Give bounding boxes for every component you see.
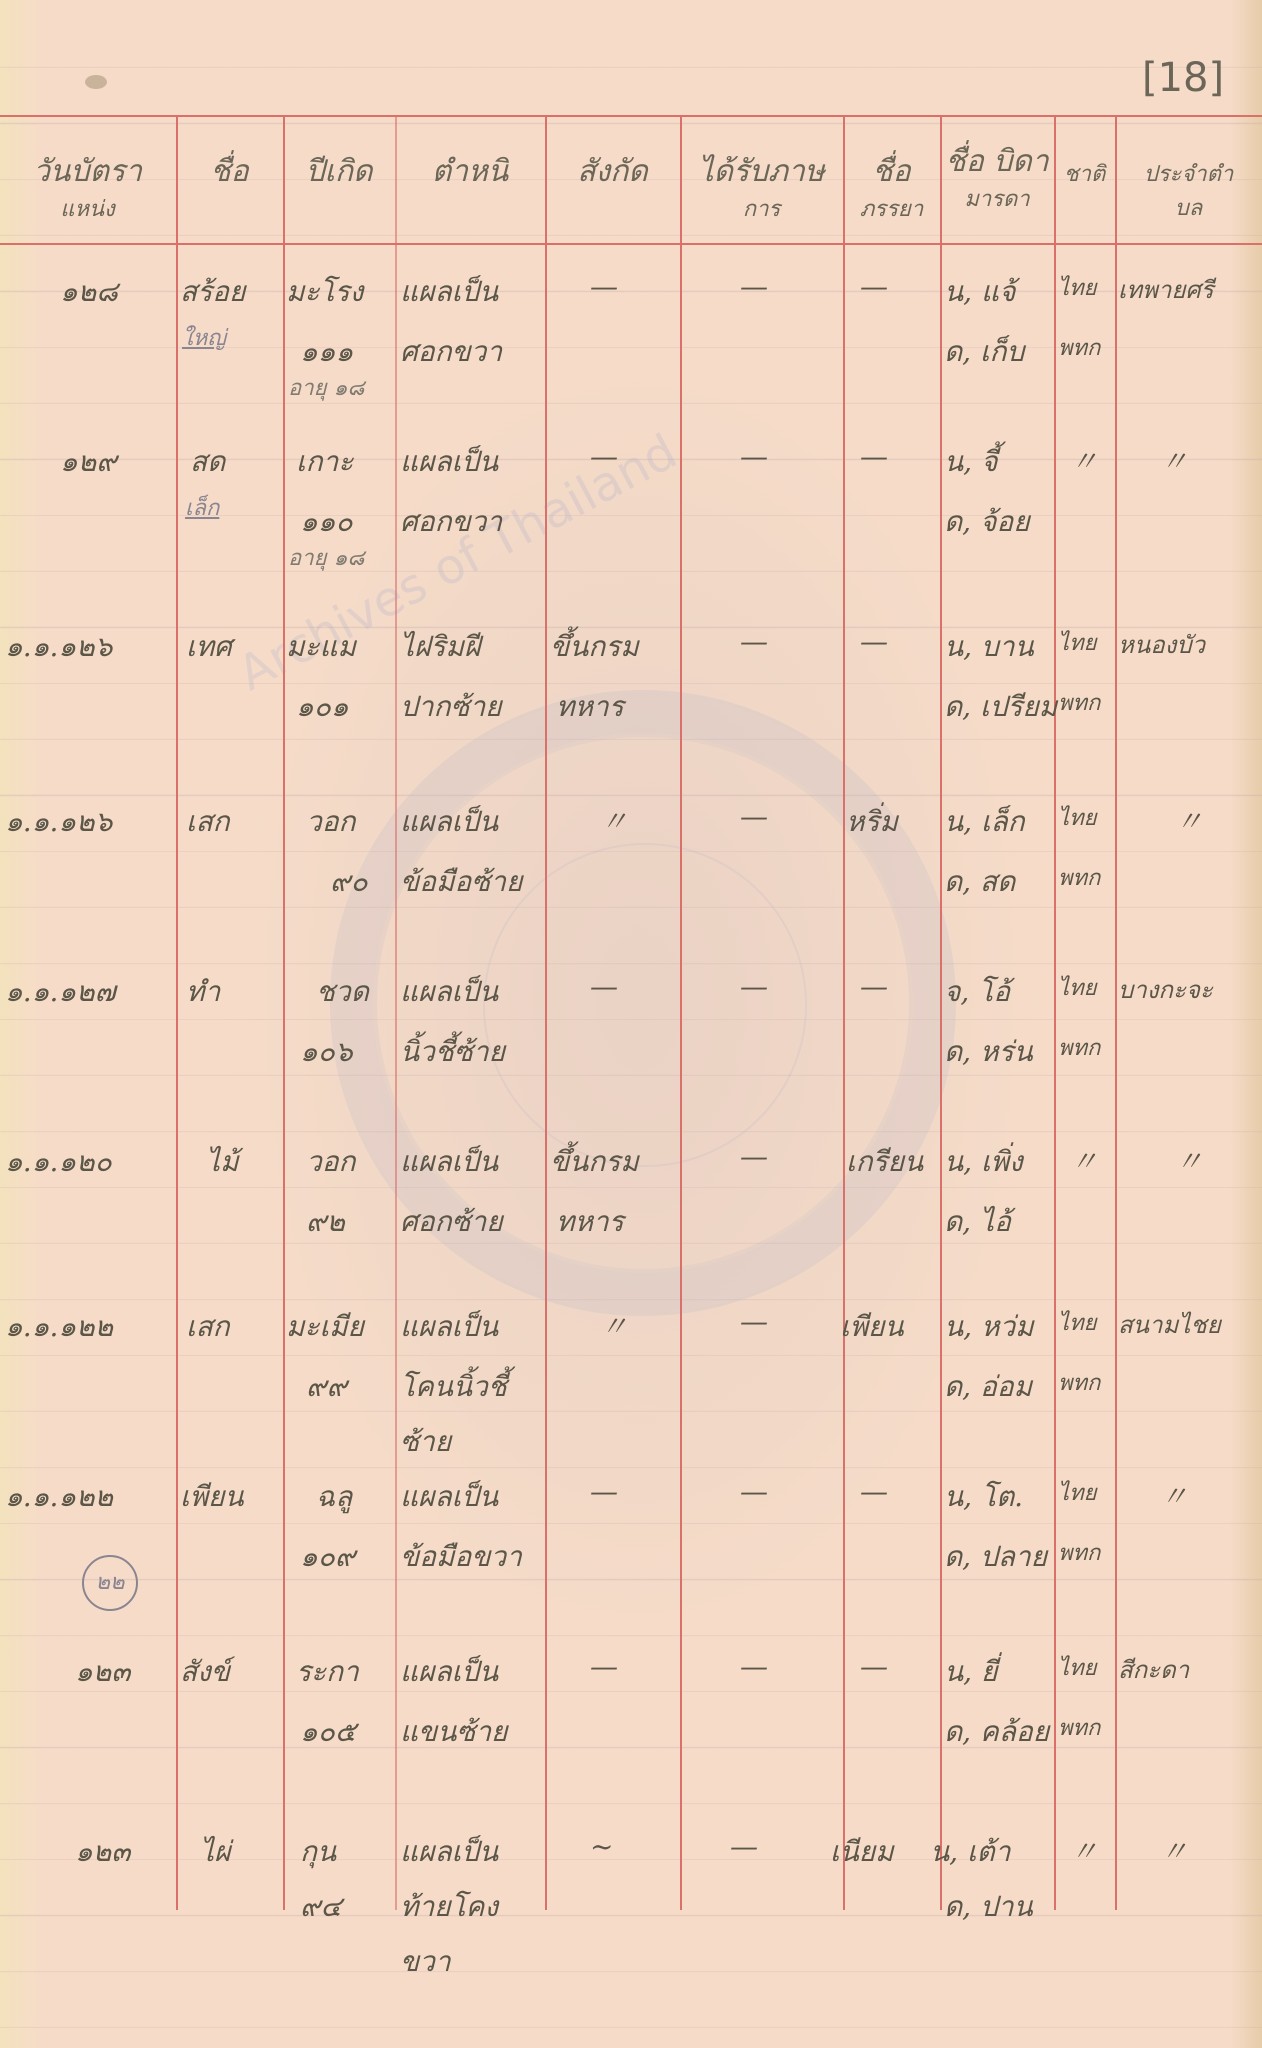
header-number: วันบัตราแหน่ง <box>5 155 170 222</box>
row-wife: — <box>860 440 888 473</box>
row-unit: ขึ้นกรม <box>550 625 639 669</box>
row-mark-location: ศอกขวา <box>400 330 502 374</box>
row-father: น, บาน <box>944 625 1034 669</box>
row-mark-location: โคนนิ้วชี้ <box>400 1365 507 1409</box>
row-mark: แผลเป็น <box>400 1650 498 1694</box>
header-nationality: ชาติ <box>1054 163 1115 187</box>
row-subdistrict: 〃 <box>1175 1140 1203 1180</box>
row-subdistrict: สนามไชย <box>1118 1305 1221 1344</box>
row-height: ๙๒ <box>306 1200 345 1244</box>
row-name-note: เล็ก <box>185 490 219 525</box>
row-unit-line2: ทหาร <box>556 1200 624 1244</box>
row-mother: ด, จ้อย <box>944 500 1030 544</box>
row-birth-year: ชวด <box>316 970 369 1014</box>
row-tax: — <box>740 1475 768 1508</box>
row-father: น, เล็ก <box>944 800 1025 844</box>
row-mark-location-line2: ขวา <box>400 1940 451 1984</box>
row-birth-year: เกาะ <box>296 440 353 484</box>
row-name: เพียน <box>180 1475 244 1519</box>
row-tax: — <box>740 1650 768 1683</box>
row-name: ไผ่ <box>200 1830 231 1874</box>
row-religion: พทก <box>1058 860 1100 895</box>
row-mark: แผลเป็น <box>400 440 498 484</box>
header-sublabel: แหน่ง <box>5 198 170 222</box>
row-birth-year: กุน <box>300 1830 336 1874</box>
column-divider <box>680 115 682 1910</box>
header-label: ตำหนิ <box>432 154 509 189</box>
row-wife: — <box>860 270 888 303</box>
row-nationality: ไทย <box>1058 1650 1096 1685</box>
row-religion: พทก <box>1058 1365 1100 1400</box>
row-mark-location: ศอกขวา <box>400 500 502 544</box>
row-wife: เพียน <box>840 1305 904 1349</box>
row-mark-location: ศอกซ้าย <box>400 1200 503 1244</box>
row-number: ๑๒๓ <box>75 1830 130 1874</box>
row-wife: — <box>860 625 888 658</box>
row-subdistrict: หนองบัว <box>1118 625 1205 664</box>
row-wife: — <box>860 1475 888 1508</box>
row-height: ๙๔ <box>300 1885 342 1929</box>
header-wife: ชื่อภรรยา <box>843 155 940 222</box>
row-mark: แผลเป็น <box>400 270 498 314</box>
row-mark: แผลเป็น <box>400 800 498 844</box>
row-mother: ด, ไอ้ <box>944 1200 1011 1244</box>
row-religion: พทก <box>1058 685 1100 720</box>
row-nationality: ไทย <box>1058 800 1096 835</box>
header-top-rule <box>0 115 1262 117</box>
row-father: น, หว่ม <box>944 1305 1034 1349</box>
column-divider <box>1115 115 1117 1910</box>
row-mark-location-line2: ซ้าย <box>400 1420 451 1464</box>
row-number: ๑๒๓ <box>75 1650 130 1694</box>
row-nationality: 〃 <box>1070 1830 1098 1870</box>
header-bottom-rule <box>0 243 1262 245</box>
row-mark-location: แขนซ้าย <box>400 1710 507 1754</box>
header-sublabel: บล <box>1115 197 1262 221</box>
row-unit: — <box>590 970 618 1003</box>
row-name: ทำ <box>186 970 220 1014</box>
header-subdistrict: ประจำตำบล <box>1115 163 1262 221</box>
header-label: ประจำตำ <box>1144 162 1233 187</box>
row-mark: แผลเป็น <box>400 1830 498 1874</box>
row-mother: ด, เก็บ <box>944 330 1024 374</box>
row-birth-year: ฉลู <box>316 1475 352 1519</box>
row-number: ๑๒๘ <box>60 270 118 314</box>
row-birth-year: มะโรง <box>286 270 363 314</box>
row-subdistrict: 〃 <box>1160 440 1188 480</box>
row-subdistrict: เทพายศรี <box>1118 270 1214 309</box>
row-nationality: 〃 <box>1070 1140 1098 1180</box>
row-father: น, แจ้ <box>944 270 1015 314</box>
row-religion: พทก <box>1058 330 1100 365</box>
row-height: ๙๐ <box>330 860 368 904</box>
row-number: ๑.๑.๑๒๒ <box>5 1305 113 1349</box>
row-name: ไม้ <box>206 1140 239 1184</box>
row-unit: — <box>590 1475 618 1508</box>
row-height: ๑๑๐ <box>300 500 353 544</box>
row-nationality: ไทย <box>1058 1305 1096 1340</box>
row-number: ๑.๑.๑๒๒ <box>5 1475 113 1519</box>
row-name-note: ใหญ่ <box>182 320 226 355</box>
row-mark-location: ปากซ้าย <box>400 685 502 729</box>
row-name: สังข์ <box>180 1650 230 1694</box>
row-unit: — <box>590 440 618 473</box>
row-mark: แผลเป็น <box>400 1475 498 1519</box>
row-name: เสก <box>186 800 230 844</box>
row-birth-year: วอก <box>306 800 356 844</box>
row-number: ๑๒๙ <box>60 440 117 484</box>
row-father: น, โต. <box>944 1475 1023 1519</box>
paper-stain <box>85 75 107 89</box>
row-nationality: ไทย <box>1058 270 1096 305</box>
row-mother: ด, สด <box>944 860 1015 904</box>
row-nationality: ไทย <box>1058 625 1096 660</box>
row-wife: หริ่ม <box>846 800 898 844</box>
row-mother: ด, ปลาย <box>944 1535 1047 1579</box>
row-tax: — <box>730 1830 758 1863</box>
row-unit: 〃 <box>600 800 628 840</box>
column-divider <box>545 115 547 1910</box>
row-mother: ด, ปาน <box>944 1885 1033 1929</box>
row-mark-location: ข้อมือขวา <box>400 1535 522 1579</box>
column-divider <box>843 115 845 1910</box>
row-wife: เกรียน <box>846 1140 923 1184</box>
row-name: สร้อย <box>180 270 245 314</box>
row-subdistrict: บางกะจะ <box>1118 970 1213 1009</box>
header-label: สังกัด <box>577 154 648 189</box>
row-number: ๑.๑.๑๒๗ <box>5 970 116 1014</box>
row-height: ๑๑๑ <box>300 330 353 374</box>
row-wife: — <box>860 970 888 1003</box>
row-nationality: ไทย <box>1058 970 1096 1005</box>
row-father: น, ยี่ <box>944 1650 997 1694</box>
row-tax: — <box>740 1305 768 1338</box>
row-name: สด <box>190 440 225 484</box>
row-tax: — <box>740 970 768 1003</box>
circled-margin-note: ๒๒ <box>82 1555 138 1611</box>
row-father: น, เพิ่ง <box>944 1140 1023 1184</box>
header-sublabel: ภรรยา <box>843 198 940 222</box>
row-tax: — <box>740 1140 768 1173</box>
row-name: เสก <box>186 1305 230 1349</box>
row-unit: — <box>590 1650 618 1683</box>
header-label: ชาติ <box>1064 162 1106 187</box>
row-unit: — <box>590 270 618 303</box>
header-label: ชื่อ บิดา <box>945 144 1048 179</box>
row-subdistrict: สีกะดา <box>1118 1650 1189 1689</box>
row-father: น, จี้ <box>944 440 997 484</box>
row-nationality: ไทย <box>1058 1475 1096 1510</box>
row-birth-year: มะเมีย <box>286 1305 364 1349</box>
header-label: ชื่อ <box>872 154 910 189</box>
header-parents: ชื่อ บิดามารดา <box>940 145 1054 212</box>
row-height: ๑๐๙ <box>300 1535 355 1579</box>
header-label: ปีเกิด <box>306 154 373 189</box>
row-tax: — <box>740 440 768 473</box>
row-mark: ไฝริมฝี <box>400 625 480 669</box>
column-divider <box>940 115 942 1910</box>
row-unit: ~ <box>590 1830 613 1863</box>
row-mark-location: ข้อมือซ้าย <box>400 860 522 904</box>
row-subdistrict: 〃 <box>1160 1830 1188 1870</box>
header-label: ชื่อ <box>210 154 248 189</box>
column-divider <box>283 115 285 1910</box>
header-label: ได้รับภาษ <box>698 154 824 189</box>
row-tax: — <box>740 270 768 303</box>
column-divider <box>395 115 397 1910</box>
row-mark-location: ท้ายโคง <box>400 1885 498 1929</box>
header-sublabel: การ <box>680 198 843 222</box>
row-mark: แผลเป็น <box>400 1140 498 1184</box>
row-height: ๑๐๖ <box>300 1030 353 1074</box>
header-name: ชื่อ <box>176 155 283 188</box>
row-mother: ด, คล้อย <box>944 1710 1049 1754</box>
header-tax: ได้รับภาษการ <box>680 155 843 222</box>
row-nationality: 〃 <box>1070 440 1098 480</box>
row-religion: พทก <box>1058 1535 1100 1570</box>
row-subdistrict: 〃 <box>1175 800 1203 840</box>
row-height: ๙๙ <box>306 1365 347 1409</box>
seal-inner-ring <box>483 843 807 1167</box>
row-name: เทศ <box>186 625 232 669</box>
row-number: ๑.๑.๑๒๐ <box>5 1140 112 1184</box>
row-unit: ขึ้นกรม <box>550 1140 639 1184</box>
row-wife: เนียม <box>830 1830 894 1874</box>
row-mother: ด, เปรียม <box>944 685 1057 729</box>
row-birth-year: มะแม <box>286 625 356 669</box>
row-age-note: อายุ ๑๘ <box>288 540 364 575</box>
header-unit: สังกัด <box>545 155 680 188</box>
row-birth-year: ระกา <box>296 1650 359 1694</box>
row-age-note: อายุ ๑๘ <box>288 370 364 405</box>
page-number: [18] <box>1142 55 1224 101</box>
row-height: ๑๐๑ <box>296 685 349 729</box>
header-sublabel: มารดา <box>940 188 1054 212</box>
column-divider <box>1054 115 1056 1910</box>
row-unit-line2: ทหาร <box>556 685 624 729</box>
row-height: ๑๐๕ <box>300 1710 356 1754</box>
row-father: น, เต้า <box>930 1830 1010 1874</box>
row-religion: พทก <box>1058 1710 1100 1745</box>
row-number: ๑.๑.๑๒๖ <box>5 800 112 844</box>
row-mark-location: นิ้วชี้ซ้าย <box>400 1030 505 1074</box>
row-tax: — <box>740 625 768 658</box>
row-number: ๑.๑.๑๒๖ <box>5 625 112 669</box>
row-father: จ, โอ้ <box>944 970 1010 1014</box>
row-mark: แผลเป็น <box>400 970 498 1014</box>
header-marks: ตำหนิ <box>395 155 545 188</box>
row-wife: — <box>860 1650 888 1683</box>
row-mother: ด, อ่อม <box>944 1365 1032 1409</box>
row-unit: 〃 <box>600 1305 628 1345</box>
row-mother: ด, หร่น <box>944 1030 1033 1074</box>
row-subdistrict: 〃 <box>1160 1475 1188 1515</box>
row-tax: — <box>740 800 768 833</box>
row-birth-year: วอก <box>306 1140 356 1184</box>
row-religion: พทก <box>1058 1030 1100 1065</box>
header-birth-year: ปีเกิด <box>283 155 395 188</box>
row-mark: แผลเป็น <box>400 1305 498 1349</box>
column-divider <box>176 115 178 1910</box>
header-label: วันบัตรา <box>33 154 142 189</box>
